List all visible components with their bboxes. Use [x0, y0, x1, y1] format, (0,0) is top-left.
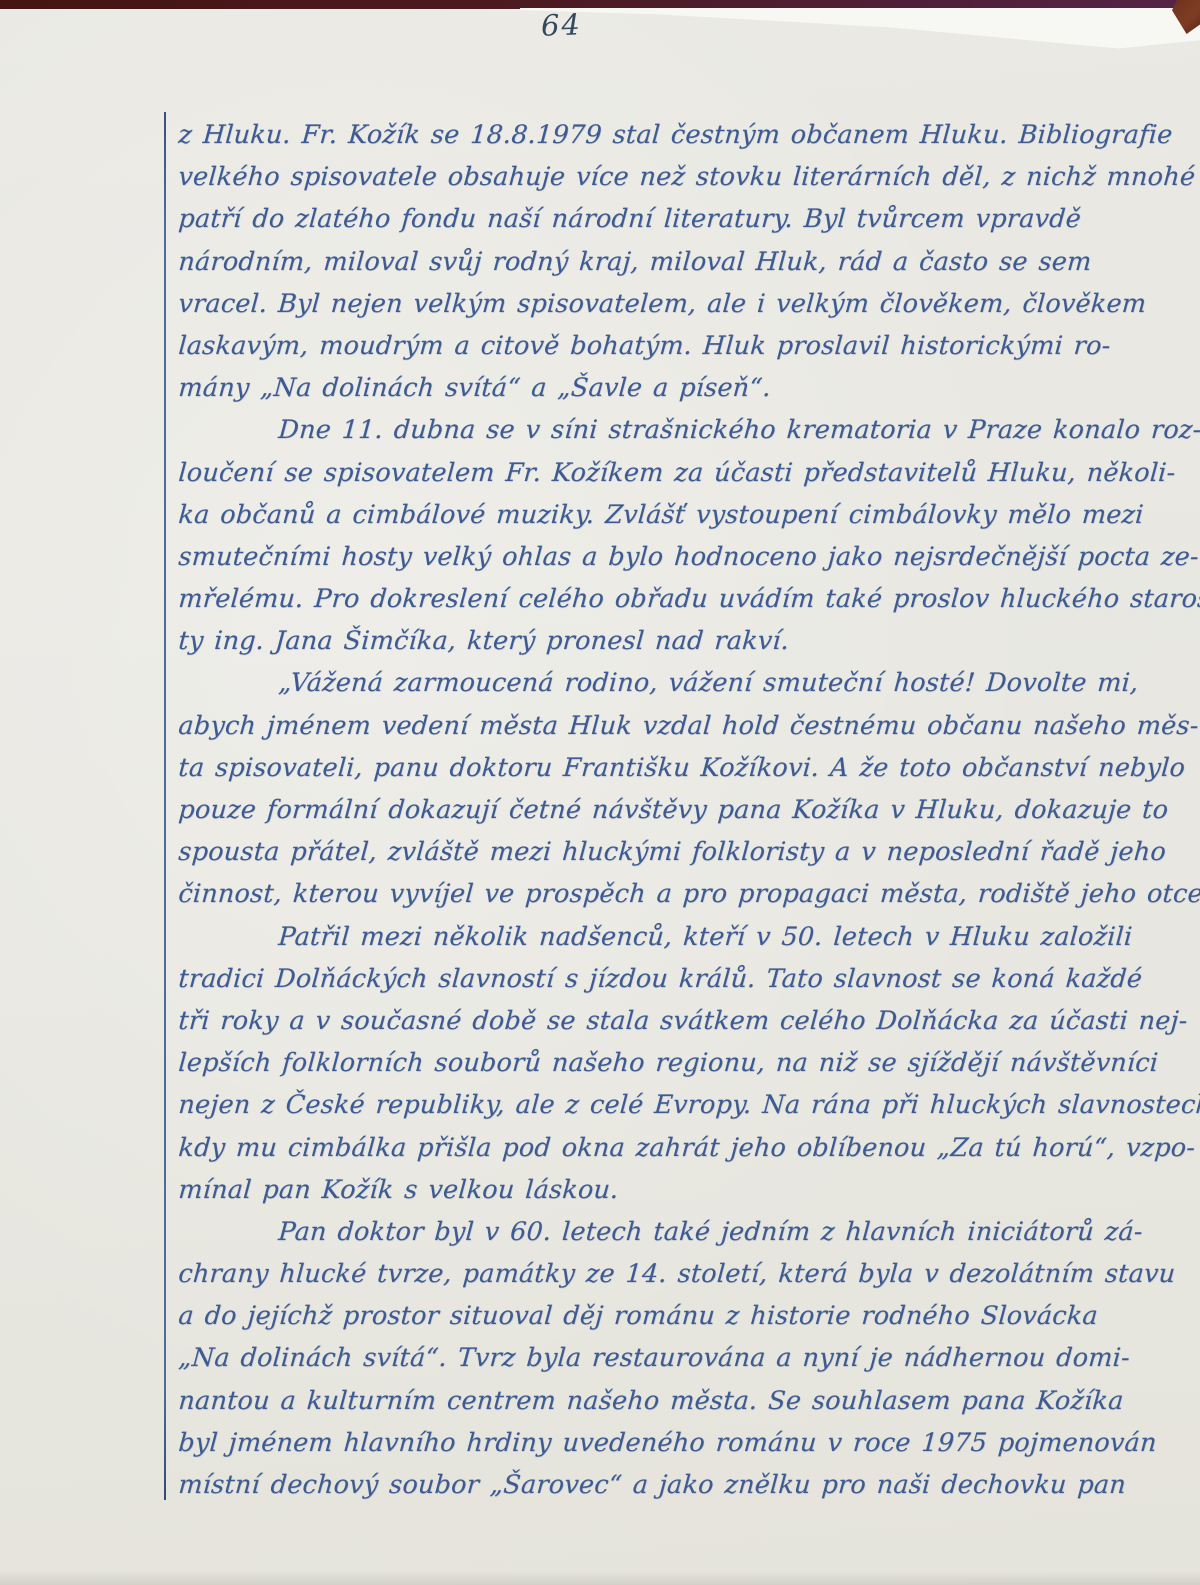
- text-line: ty ing. Jana Šimčíka, který pronesl nad …: [177, 620, 1192, 662]
- text-line: vracel. Byl nejen velkým spisovatelem, a…: [177, 283, 1192, 325]
- text-line: mřelému. Pro dokreslení celého obřadu uv…: [177, 578, 1192, 620]
- text-line: „Na dolinách svítá“. Tvrz byla restaurov…: [177, 1337, 1192, 1379]
- text-line: místní dechový soubor „Šarovec“ a jako z…: [177, 1464, 1192, 1506]
- text-line: tři roky a v současné době se stala svát…: [177, 1000, 1192, 1042]
- text-line: Patřil mezi několik nadšenců, kteří v 50…: [177, 916, 1192, 958]
- text-line: patří do zlatého fondu naší národní lite…: [177, 198, 1192, 240]
- text-line: a do jejíchž prostor situoval děj románu…: [177, 1295, 1192, 1337]
- text-line: byl jménem hlavního hrdiny uvedeného rom…: [177, 1422, 1192, 1464]
- text-line: mínal pan Kožík s velkou láskou.: [177, 1169, 1192, 1211]
- text-line: smutečními hosty velký ohlas a bylo hodn…: [177, 536, 1192, 578]
- text-line: mány „Na dolinách svítá“ a „Šavle a píse…: [177, 367, 1192, 409]
- text-line: nejen z České republiky, ale z celé Evro…: [177, 1084, 1192, 1126]
- text-line: tradici Dolňáckých slavností s jízdou kr…: [177, 958, 1192, 1000]
- book-cover-top-edge: [0, 0, 1200, 9]
- text-line: abych jménem vedení města Hluk vzdal hol…: [177, 705, 1192, 747]
- text-line: kdy mu cimbálka přišla pod okna zahrát j…: [177, 1127, 1192, 1169]
- text-line: loučení se spisovatelem Fr. Kožíkem za ú…: [177, 452, 1192, 494]
- text-line: spousta přátel, zvláště mezi hluckými fo…: [177, 831, 1192, 873]
- text-line: ta spisovateli, panu doktoru Františku K…: [177, 747, 1192, 789]
- text-line: ka občanů a cimbálové muziky. Zvlášť vys…: [177, 494, 1192, 536]
- page-number: 64: [540, 7, 582, 42]
- text-line: „Vážená zarmoucená rodino, vážení smuteč…: [177, 662, 1192, 704]
- handwriting-text-block: z Hluku. Fr. Kožík se 18.8.1979 stal čes…: [177, 114, 1189, 1506]
- text-line: velkého spisovatele obsahuje více než st…: [177, 156, 1192, 198]
- underlying-page-edge: [520, 8, 1200, 60]
- text-line: národním, miloval svůj rodný kraj, milov…: [177, 241, 1192, 283]
- text-line: pouze formální dokazují četné návštěvy p…: [177, 789, 1192, 831]
- text-line: laskavým, moudrým a citově bohatým. Hluk…: [177, 325, 1192, 367]
- text-line: Pan doktor byl v 60. letech také jedním …: [177, 1211, 1192, 1253]
- text-line: nantou a kulturním centrem našeho města.…: [177, 1380, 1192, 1422]
- paper-bottom-shadow: [0, 1571, 1200, 1585]
- text-line: chrany hlucké tvrze, památky ze 14. stol…: [177, 1253, 1192, 1295]
- text-line: činnost, kterou vyvíjel ve prospěch a pr…: [177, 873, 1192, 915]
- margin-rule-line: [164, 112, 166, 1500]
- text-line: lepších folklorních souborů našeho regio…: [177, 1042, 1192, 1084]
- text-line: Dne 11. dubna se v síni strašnického kre…: [177, 409, 1192, 451]
- text-line: z Hluku. Fr. Kožík se 18.8.1979 stal čes…: [177, 114, 1192, 156]
